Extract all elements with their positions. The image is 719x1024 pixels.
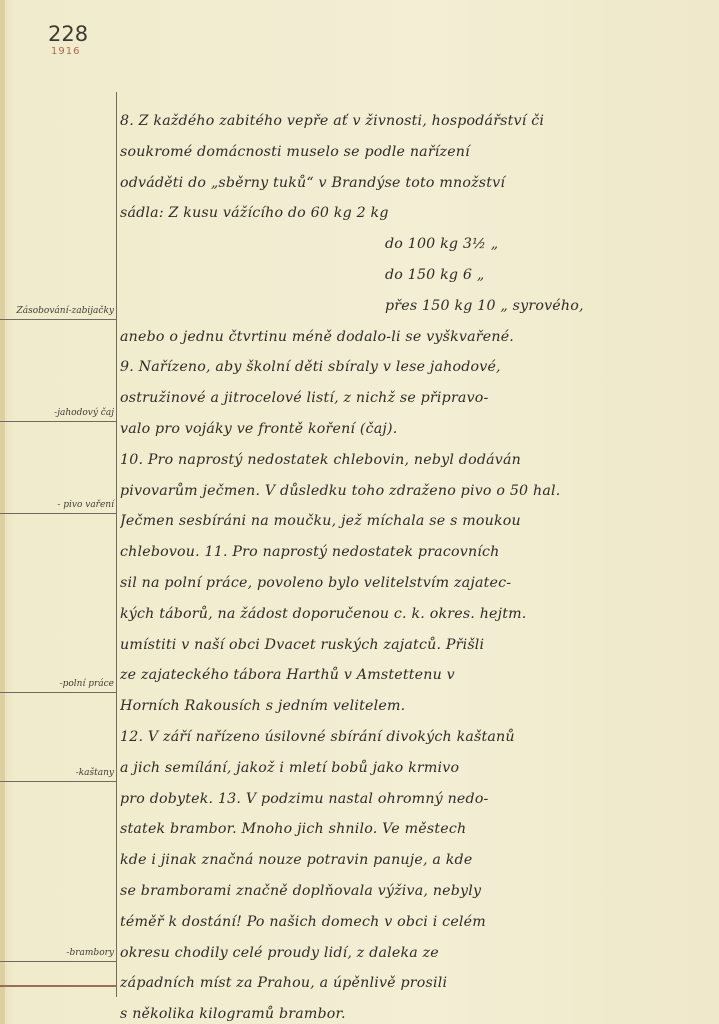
text-line: s několika kilogramů brambor.	[120, 999, 712, 1024]
text-line: 8. Z každého zabitého vepře ať v živnost…	[120, 106, 712, 137]
text-line: sádla: Z kusu vážícího do 60 kg 2 kg	[120, 198, 712, 229]
text-line: chlebovou. 11. Pro naprostý nedostatek p…	[120, 537, 712, 568]
text-line: 9. Nařízeno, aby školní děti sbíraly v l…	[120, 352, 712, 383]
margin-note-kastany: -kaštany	[0, 764, 116, 782]
margin-note-jahodovy-caj: -jahodový čaj	[0, 404, 116, 422]
text-line: umístiti v naší obci Dvacet ruských zaja…	[120, 630, 712, 661]
text-line: do 150 kg 6 „	[120, 260, 712, 291]
text-line: statek brambor. Mnoho jich shnilo. Ve mě…	[120, 814, 712, 845]
text-line: Horních Rakousích s jedním velitelem.	[120, 691, 712, 722]
text-line: pivovarům ječmen. V důsledku toho zdraže…	[120, 476, 712, 507]
page-number: 228	[48, 24, 88, 45]
margin-rule	[116, 92, 117, 997]
page-year: 1916	[51, 46, 80, 57]
text-line: se bramborami značně doplňovala výživa, …	[120, 876, 712, 907]
text-line: ze zajateckého tábora Harthů v Amstetten…	[120, 660, 712, 691]
text-line: 12. V září nařízeno úsilovné sbírání div…	[120, 722, 712, 753]
chronicle-body: 8. Z každého zabitého vepře ať v živnost…	[120, 106, 712, 1024]
text-line: přes 150 kg 10 „ syrového,	[120, 291, 712, 322]
text-line: odváděti do „sběrny tuků“ v Brandýse tot…	[120, 168, 712, 199]
text-line: západních míst za Prahou, a úpěnlivě pro…	[120, 968, 712, 999]
text-line: sil na polní práce, povoleno bylo velite…	[120, 568, 712, 599]
margin-bottom-rule	[0, 985, 117, 987]
margin-note-polni-prace: -polní práce	[0, 675, 116, 693]
margin-note-brambory: -brambory	[0, 944, 116, 962]
text-line: valo pro vojáky ve frontě koření (čaj).	[120, 414, 712, 445]
text-line: anebo o jednu čtvrtinu méně dodalo-li se…	[120, 322, 712, 353]
text-line: do 100 kg 3½ „	[120, 229, 712, 260]
margin-note-zasobovani: Zásobování-zabijačky	[0, 302, 116, 320]
text-line: kde i jinak značná nouze potravin panuje…	[120, 845, 712, 876]
text-line: kých táborů, na žádost doporučenou c. k.…	[120, 599, 712, 630]
text-line: Ječmen sesbíráni na moučku, jež míchala …	[120, 506, 712, 537]
margin-note-pivo-vareni: - pivo vaření	[0, 496, 116, 514]
text-line: a jich semílání, jakož i mletí bobů jako…	[120, 753, 712, 784]
text-line: okresu chodily celé proudy lidí, z dalek…	[120, 938, 712, 969]
text-line: pro dobytek. 13. V podzimu nastal ohromn…	[120, 784, 712, 815]
text-line: 10. Pro naprostý nedostatek chlebovin, n…	[120, 445, 712, 476]
ledger-page: 228 1916 Zásobování-zabijačky -jahodový …	[0, 0, 719, 1024]
text-line: soukromé domácnosti muselo se podle naří…	[120, 137, 712, 168]
text-line: téměř k dostání! Po našich domech v obci…	[120, 907, 712, 938]
text-line: ostružinové a jitrocelové listí, z nichž…	[120, 383, 712, 414]
